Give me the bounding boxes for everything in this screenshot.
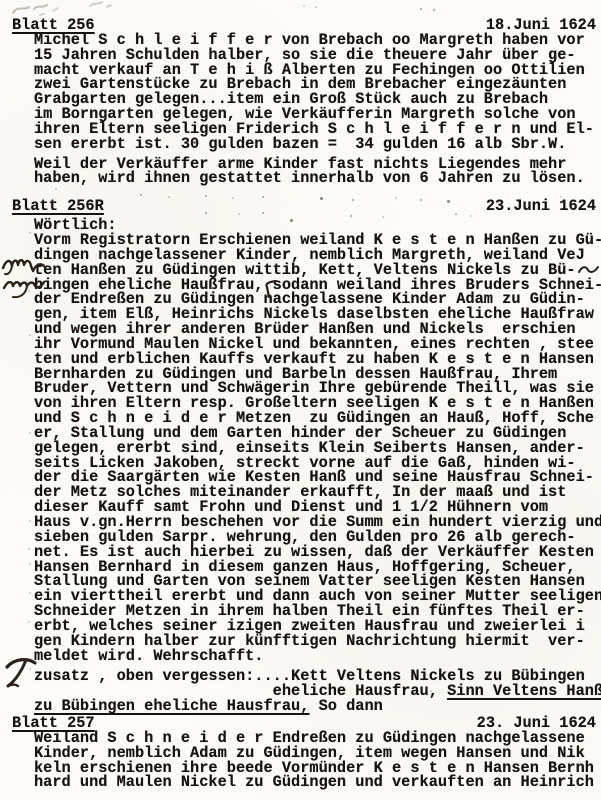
text-line: zu Bübingen eheliche Hausfrau, So dann [34,699,601,714]
ink-speck [447,200,450,203]
ink-speck [168,196,170,198]
margin-dot [28,621,30,623]
ink-speck [232,197,234,199]
text-segment: So dann [309,697,382,715]
blatt-header: Blatt 256R23.Juni 1624 [12,199,601,214]
ink-speck [420,8,422,10]
ink-speck [290,219,293,222]
ink-speck [303,5,305,7]
text-line: haben, wird ihnen gestattet innerhalb vo… [34,171,601,186]
margin-dot [28,290,30,292]
margin-dot [29,334,31,336]
underlined-text-segment: Sinn Veltens Hanß [447,682,601,700]
insertion-caret-mark [260,278,280,300]
margin-dot [29,520,31,522]
ink-speck [55,188,57,190]
ink-speck [395,197,397,199]
ink-speck [382,216,384,218]
text-line: meldet wird. Wehrschafft. [34,649,601,664]
ink-speck [470,215,472,217]
margin-dot [29,232,31,234]
typewritten-text-block: Blatt 25618.Juni 1624Michel S c h l e i … [0,0,601,790]
handwritten-tilde [578,263,600,277]
margin-handwriting-annotation [0,252,48,306]
text-line: sen ererbt ist. 30 gulden bazen = 34 gul… [34,137,601,152]
blatt-label: Blatt 256R [12,197,104,215]
ink-speck [580,390,582,392]
ink-speck [420,199,422,201]
ink-speck [430,690,432,692]
margin-dot [29,432,31,434]
pencil-smudge [10,0,115,20]
ink-speck [315,6,317,8]
scanned-document-page: Blatt 25618.Juni 1624Michel S c h l e i … [0,0,601,800]
ink-speck [352,199,354,201]
entry-date: 23.Juni 1624 [486,199,596,214]
insertion-flag-mark [3,656,39,692]
ink-speck [140,194,142,196]
underlined-text-segment: zu Bübingen eheliche Hausfrau, [34,697,309,715]
text-line: hard und Maulen Nickel zu Güdingen und v… [34,775,601,790]
ink-speck [205,212,207,214]
margin-dot [29,563,31,565]
ink-speck [262,196,264,198]
ink-speck [455,213,457,215]
ink-speck [350,215,352,217]
margin-dot [29,592,31,594]
ink-speck [238,213,240,215]
margin-dot [29,668,31,670]
ink-speck [320,197,323,200]
ink-speck [433,9,435,11]
ink-speck [262,212,264,214]
ink-speck [205,195,207,197]
margin-dot [28,548,30,550]
ink-speck [560,196,562,198]
